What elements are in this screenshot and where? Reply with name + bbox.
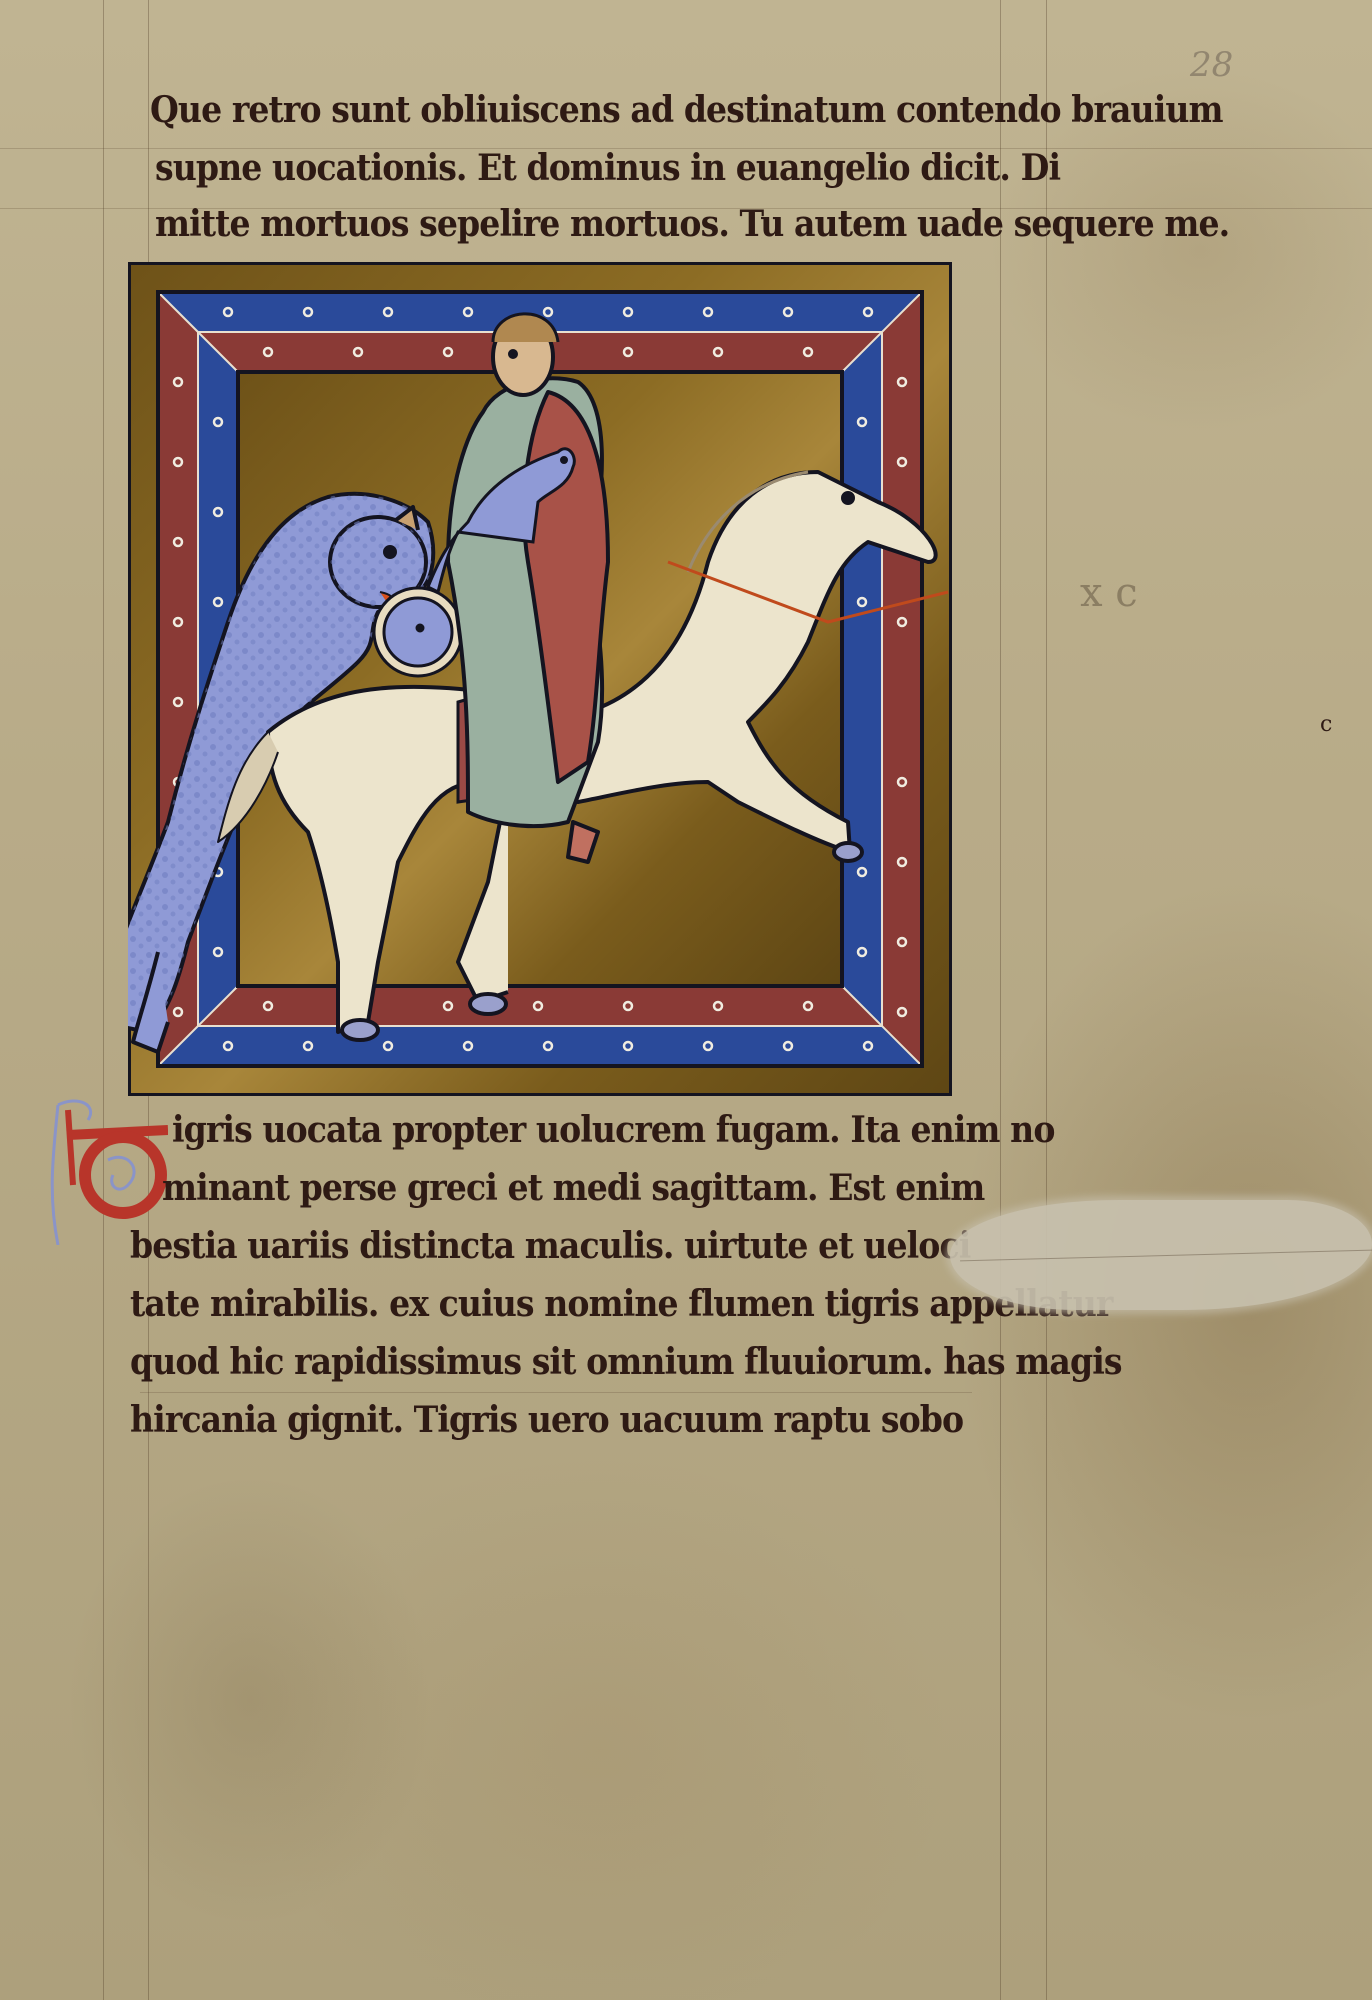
pencil-marginalia: x c bbox=[1080, 570, 1138, 616]
miniature-illustration bbox=[128, 262, 952, 1096]
ruling-line bbox=[1000, 0, 1001, 2000]
decorated-initial-t bbox=[48, 1095, 168, 1245]
folio-number: 28 bbox=[1190, 45, 1233, 85]
text-line: quod hic rapidissimus sit omnium fluuior… bbox=[130, 1344, 1122, 1380]
text-line: Que retro sunt obliuiscens ad destinatum… bbox=[150, 92, 1223, 128]
text-line: bestia uariis distincta maculis. uirtute… bbox=[130, 1228, 970, 1264]
ruling-line bbox=[140, 1392, 972, 1393]
text-line: minant perse greci et medi sagittam. Est… bbox=[162, 1170, 984, 1206]
text-line: hircania gignit. Tigris uero uacuum rapt… bbox=[130, 1402, 963, 1438]
ruling-line bbox=[1046, 0, 1047, 2000]
text-line: tate mirabilis. ex cuius nomine flumen t… bbox=[130, 1286, 1112, 1322]
mirror bbox=[374, 588, 462, 676]
flourish bbox=[52, 1105, 58, 1245]
text-line: supne uocationis. Et dominus in euangeli… bbox=[155, 150, 1060, 186]
text-line: mitte mortuos sepelire mortuos. Tu autem… bbox=[155, 206, 1229, 242]
manuscript-folio: 28 Que retro sunt obliuiscens ad destina… bbox=[0, 0, 1372, 2000]
parchment-repair bbox=[950, 1200, 1372, 1310]
marginal-letter: c bbox=[1320, 712, 1332, 737]
text-line: igris uocata propter uolucrem fugam. Ita… bbox=[172, 1112, 1054, 1148]
ruling-line bbox=[103, 0, 104, 2000]
